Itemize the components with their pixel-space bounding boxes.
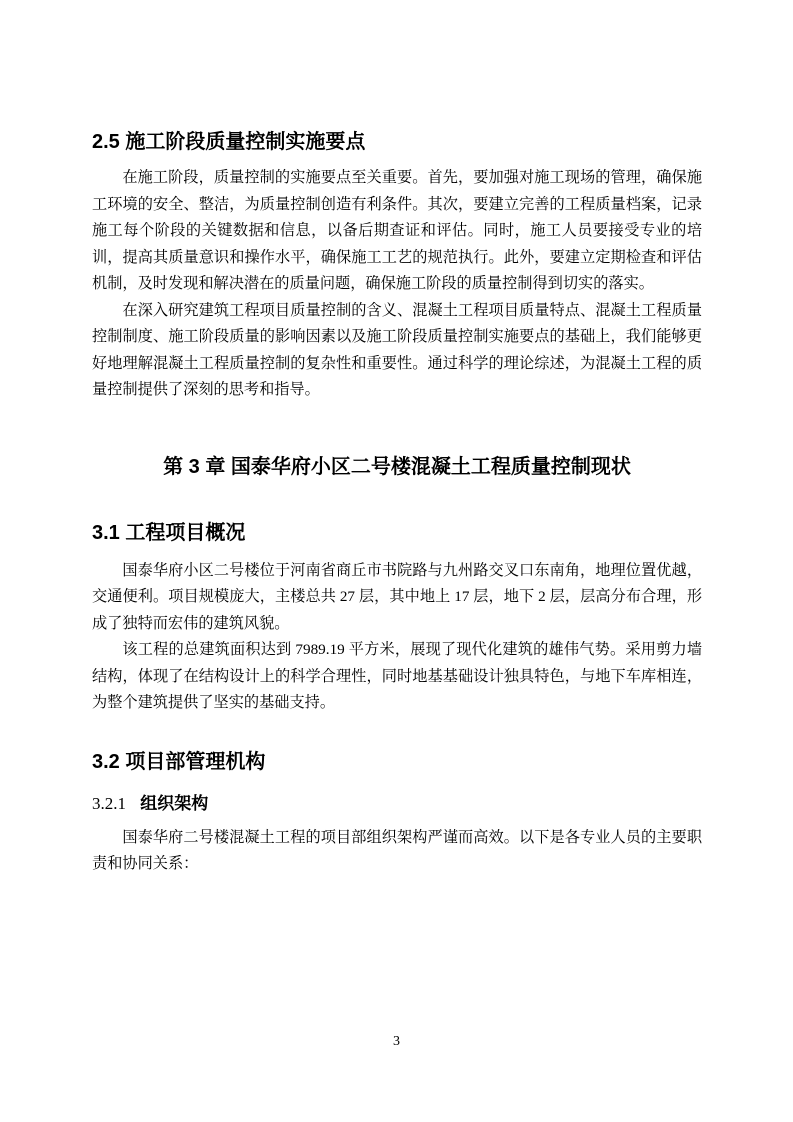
page-content: 2.5 施工阶段质量控制实施要点 在施工阶段，质量控制的实施要点至关重要。首先，… xyxy=(92,0,702,878)
section-3-1-paragraph-1: 国泰华府小区二号楼位于河南省商丘市书院路与九州路交叉口东南角，地理位置优越，交通… xyxy=(92,558,702,638)
section-heading-3-2: 3.2 项目部管理机构 xyxy=(92,749,702,776)
section-2-5-paragraph-2: 在深入研究建筑工程项目质量控制的含义、混凝土工程项目质量特点、混凝土工程质量控制… xyxy=(92,298,702,404)
section-heading-3-1: 3.1 工程项目概况 xyxy=(92,520,702,547)
page-number: 3 xyxy=(0,1034,793,1050)
subsection-3-2-1-paragraph-1: 国泰华府二号楼混凝土工程的项目部组织架构严谨而高效。以下是各专业人员的主要职责和… xyxy=(92,825,702,878)
section-3-1-paragraph-2: 该工程的总建筑面积达到 7989.19 平方米，展现了现代化建筑的雄伟气势。采用… xyxy=(92,637,702,717)
subsection-number: 3.2.1 xyxy=(92,794,126,813)
chapter-3-heading: 第 3 章 国泰华府小区二号楼混凝土工程质量控制现状 xyxy=(92,452,702,482)
subsection-heading-3-2-1: 3.2.1 组织架构 xyxy=(92,793,702,815)
document-page: 2.5 施工阶段质量控制实施要点 在施工阶段，质量控制的实施要点至关重要。首先，… xyxy=(0,0,793,1122)
section-heading-2-5: 2.5 施工阶段质量控制实施要点 xyxy=(92,0,702,156)
subsection-title: 组织架构 xyxy=(140,794,208,813)
section-2-5-paragraph-1: 在施工阶段，质量控制的实施要点至关重要。首先，要加强对施工现场的管理，确保施工环… xyxy=(92,165,702,298)
